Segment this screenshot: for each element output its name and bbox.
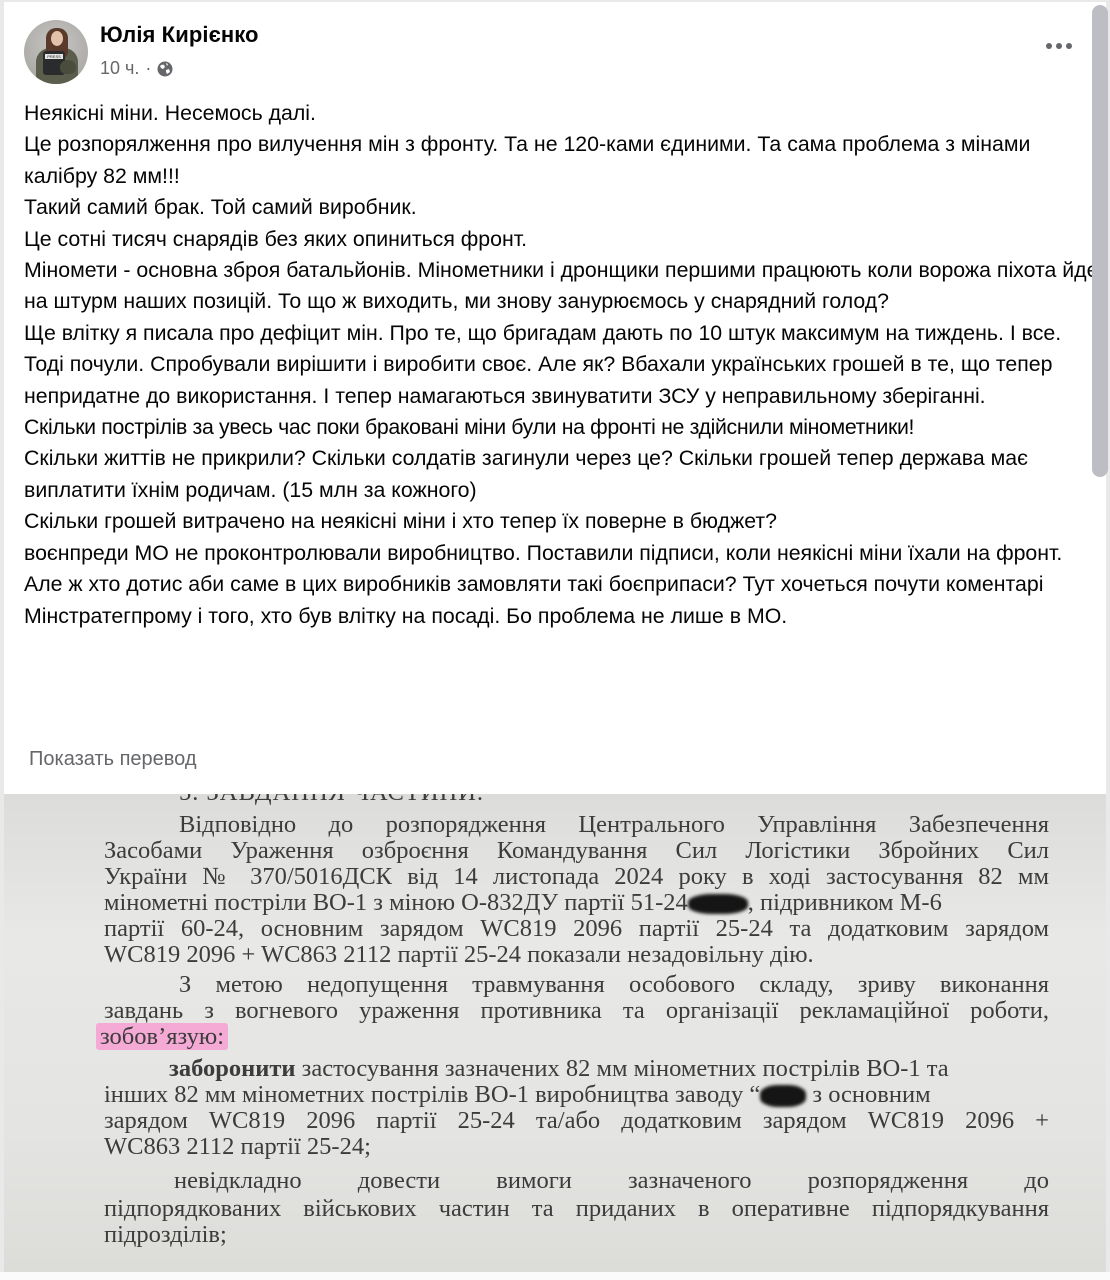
doc-line-prohibit: заборонити застосування зазначених 82 мм… [169,1056,949,1082]
more-options-button[interactable] [1044,38,1074,54]
highlight-marker: зобов’язую: [96,1023,228,1050]
post-paragraph: Міномети - основна зброя батальйонів. Мі… [24,255,1099,318]
doc-text: , підривником М-6 [748,889,942,916]
bottom-edge [0,1272,1110,1280]
doc-line: завдань з вогневого ураження противника … [104,998,1049,1024]
more-dot-icon [1046,43,1052,49]
post-paragraph: Такий самий брак. Той самий виробник. [24,192,1099,223]
post-paragraph: Скільки грошей витрачено на неякісні мін… [24,506,1099,537]
redaction-blot [688,894,748,914]
scrollbar-thumb[interactable] [1092,5,1108,477]
doc-highlighted-text: зобов’язую: [96,1024,228,1050]
redaction-blot [760,1085,806,1107]
doc-line: підпорядкованих військових частин та при… [104,1196,1049,1222]
globe-icon[interactable] [157,61,173,77]
doc-line: невідкладно довести вимоги зазначеного р… [174,1168,1049,1194]
post-paragraph: Це розпорялження про вилучення мін з фро… [24,129,1099,192]
doc-text: застосування зазначених 82 мм мінометних… [296,1055,949,1082]
author-name[interactable]: Юлія Кирієнко [100,22,259,48]
doc-line-with-redaction: мінометні постріли ВО-1 з міною О-832ДУ … [104,890,942,916]
post-paragraph: Ще влітку я писала про дефіцит мін. Про … [24,318,1099,412]
doc-line: WC863 2112 партії 25-24; [104,1134,371,1160]
doc-line-with-redaction: інших 82 мм мінометних пострілів ВО-1 ви… [104,1082,931,1108]
avatar-press-patch: PRESS [45,54,63,59]
doc-line: України № 370/5016ДСК від 14 листопада 2… [104,864,1049,890]
more-dot-icon [1056,43,1062,49]
show-translation-link[interactable]: Показать перевод [29,748,197,771]
facebook-post: PRESS Юлія Кирієнко 10 ч. · Неякісні мін… [4,2,1106,794]
post-paragraph: Неякісні міни. Несемось далі. [24,98,1099,129]
author-avatar[interactable]: PRESS [24,20,88,84]
more-dot-icon [1066,43,1072,49]
post-meta: 10 ч. · [100,58,173,79]
post-text: Неякісні міни. Несемось далі. Це розпоря… [24,98,1099,632]
avatar-helmet [60,60,76,74]
post-time[interactable]: 10 ч. [100,58,139,79]
doc-bold-text: заборонити [169,1055,296,1082]
post-paragraph: Це сотні тисяч снарядів без яких опинить… [24,224,1099,255]
doc-text: мінометні постріли ВО-1 з міною О-832ДУ … [104,889,688,916]
document-photo: 5. ЗАВДАННЯ ЧАСТИНИ. Відповідно до розпо… [4,794,1106,1272]
doc-line: партії 60-24, основним зарядом WC819 209… [104,916,1049,942]
meta-separator: · [145,58,151,79]
post-paragraph: Скільки життів не прикрили? Скільки солд… [24,443,1099,506]
avatar-face [51,31,63,46]
doc-line: Відповідно до розпорядження Центрального… [179,812,1049,838]
doc-line: WC819 2096 + WC863 2112 партії 25-24 пок… [104,942,814,968]
doc-line: З метою недопущення травмування особовог… [179,972,1049,998]
doc-text: інших 82 мм мінометних пострілів ВО-1 ви… [104,1081,760,1108]
doc-line: підрозділів; [104,1222,227,1248]
doc-line: Засобами Ураження озброєння Командування… [104,838,1049,864]
doc-line: зарядом WC819 2096 партії 25-24 та/або д… [104,1108,1049,1134]
post-paragraph: воєнпреди МО не проконтролювали виробниц… [24,538,1099,632]
doc-text: з основним [806,1081,930,1108]
post-paragraph: Скільки пострілів за увесь час поки брак… [24,412,1099,443]
doc-heading: 5. ЗАВДАННЯ ЧАСТИНИ. [179,794,484,806]
